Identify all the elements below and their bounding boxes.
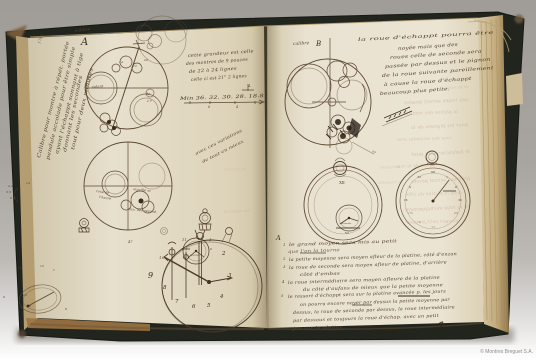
dial-numeral: 8 — [163, 285, 167, 291]
tiny-number: 4 2 — [7, 184, 13, 188]
watch-numeral: III — [458, 198, 461, 202]
tiny-number: 14 — [26, 181, 30, 185]
list-number: 1 — [283, 242, 286, 247]
bleed-through-line: du calibre — [223, 166, 246, 172]
watch-numeral: XII — [431, 170, 435, 174]
calibre-b-label: calibre — [293, 41, 310, 47]
notebook-photo: calibreACalibre pour montre à répét. por… — [0, 0, 536, 360]
dial-numeral: 11 — [182, 238, 187, 242]
caliber-a-second-circle — [84, 142, 172, 230]
watch-numeral: XI — [417, 175, 420, 179]
bleed-through-line: les montres — [223, 208, 250, 214]
dial-numeral: 1 — [209, 238, 211, 242]
dial-numeral: 6 — [210, 247, 212, 251]
watch-numeral: XII — [339, 180, 345, 185]
list-header: A — [275, 234, 281, 242]
list-number: 3 — [283, 264, 286, 269]
part-label: 9e — [146, 92, 150, 96]
tiny-number: 6 4 — [10, 196, 15, 200]
dial-numeral: 6 — [192, 304, 196, 310]
tiny-number: 3 6 — [6, 190, 11, 194]
dial-numeral: 11 — [18, 266, 22, 270]
list-number: 2 — [282, 256, 286, 261]
bleed-through-line: le ressort — [379, 164, 400, 170]
dial-numeral: 9 — [3, 295, 5, 299]
part-label: second. — [190, 254, 200, 257]
photo-credit: © Montres Breguet S.A. — [413, 349, 533, 355]
manuscript-photo: calibreACalibre pour montre à répét. por… — [0, 0, 536, 360]
dial-numeral: 12 — [40, 264, 44, 268]
dial-numeral: 2 — [221, 251, 226, 257]
cover-worn-corner-topright — [515, 15, 524, 24]
dial-numeral: 10 — [23, 293, 27, 297]
dial-numeral: 4 — [180, 247, 183, 251]
tiny-number: 12 — [133, 64, 137, 68]
dial-numeral: 9 — [148, 271, 153, 280]
dial-numeral: 4 — [219, 294, 224, 300]
dial-numeral: 5 — [207, 303, 211, 309]
list-number: 4 — [281, 279, 285, 284]
dial-numeral: 6 — [29, 304, 31, 308]
dial-numeral: 10 — [159, 255, 165, 260]
dial-numeral: 3 — [228, 273, 232, 279]
cover-worn-corner-bottomleft — [18, 330, 26, 338]
list-number: 5 — [281, 293, 284, 298]
dial-numeral: 7 — [175, 299, 179, 305]
watch-numeral: IIII — [454, 211, 458, 215]
number-row: 6 — [208, 105, 210, 109]
calibre-b-letter: B — [315, 40, 321, 48]
dial-numeral: 1 — [53, 268, 55, 272]
tiny-number: 47 — [127, 240, 133, 244]
number-row: 4 — [235, 105, 238, 109]
calibre-a-letter: A — [80, 37, 88, 48]
dial-numeral: 8 — [65, 307, 67, 311]
watch-numeral: VI — [431, 225, 434, 229]
tiny-number: 14 — [119, 60, 123, 64]
note-line: 4. — [247, 84, 252, 88]
part-label: 2 T — [146, 99, 153, 103]
page-edge-tab — [506, 73, 523, 106]
watch-numeral: II — [455, 185, 457, 189]
bleed-through-line: la raquette — [377, 179, 402, 185]
part-label: seconde — [341, 222, 352, 225]
tiny-number: 20 — [143, 58, 148, 62]
